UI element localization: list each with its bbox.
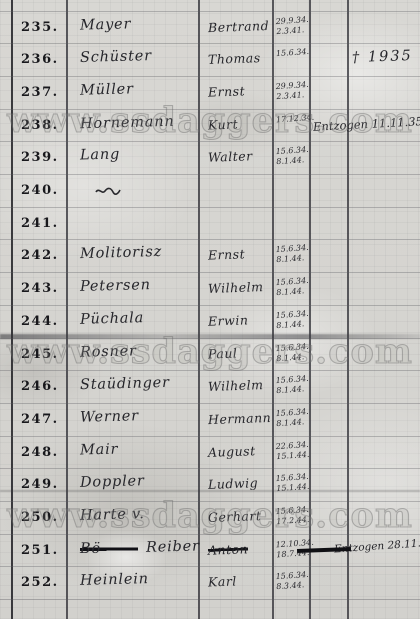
first-name: Ernst <box>208 83 246 99</box>
membership-dates: 15.6.34. 8.3.44. <box>275 570 309 592</box>
first-name: Karl <box>208 574 237 590</box>
annotation: † 1935 <box>352 48 413 66</box>
surname: Staüdinger <box>80 375 170 393</box>
first-name: Anton <box>208 541 249 557</box>
ledger-row: 239. Lang Walter 15.6.34. 8.1.44. <box>0 141 420 175</box>
membership-dates: 12.10.34. 18.7.44. <box>275 537 314 560</box>
first-name: Walter <box>208 149 253 166</box>
row-number: 237. <box>21 85 59 100</box>
surname-text: Püchala <box>80 310 144 328</box>
row-number: 247. <box>21 412 59 427</box>
ledger-row: 235. Mayer Bertrand 29.9.34. 2.3.41. <box>0 11 420 45</box>
membership-dates: 15.6.34. 8.1.44. <box>275 243 309 265</box>
surname: Molitorisz <box>80 244 162 262</box>
surname: Schüster <box>80 48 152 66</box>
date-line-2: 2.3.41. <box>276 24 310 36</box>
surname: Heinlein <box>80 571 149 589</box>
annotation: Entzogen 28.11.35 <box>334 536 420 555</box>
membership-dates: 15.6.34. 8.1.44. <box>275 407 309 429</box>
row-number: 243. <box>21 281 59 296</box>
surname-text: Doppler <box>80 473 145 491</box>
first-name: Hermann <box>208 410 272 427</box>
row-number: 248. <box>21 445 59 460</box>
ledger-row: 241. <box>0 207 420 241</box>
surname: Püchala <box>80 310 144 328</box>
date-line-2: 8.1.44. <box>276 417 310 429</box>
surname: BöReiber <box>80 538 200 557</box>
row-number: 246. <box>21 379 59 394</box>
surname-text: Lang <box>80 147 121 164</box>
row-number: 251. <box>21 543 59 558</box>
watermark: www.ssdaggers.com <box>7 100 413 141</box>
first-name: Erwin <box>208 312 249 328</box>
membership-dates: 15.6.34. 8.1.44. <box>275 309 309 331</box>
ledger-row: 240. <box>0 174 420 208</box>
membership-dates: 29.9.34. 2.3.41. <box>275 80 309 102</box>
surname-text: Mayer <box>80 16 132 33</box>
ledger-row: 248. Mair August 22.6.34. 15.1.44. <box>0 436 420 470</box>
row-number: 252. <box>21 575 59 590</box>
ledger-row: 251. BöReiber Anton 12.10.34. 18.7.44. E… <box>0 534 420 568</box>
ledger-row: 246. Staüdinger Wilhelm 15.6.34. 8.1.44. <box>0 370 420 404</box>
ledger-row: 242. Molitorisz Ernst 15.6.34. 8.1.44. <box>0 239 420 273</box>
ledger-row: 243. Petersen Wilhelm 15.6.34. 8.1.44. <box>0 272 420 306</box>
row-number: 244. <box>21 314 59 329</box>
surname-text: Staüdinger <box>80 375 170 393</box>
membership-dates: 15.6.34. 8.1.44. <box>275 145 309 167</box>
watermark: www.ssdaggers.com <box>7 331 413 372</box>
date-line-2: 8.3.44. <box>276 580 310 592</box>
surname: Petersen <box>80 277 151 295</box>
surname-text: Werner <box>80 408 139 426</box>
surname: Lang <box>80 147 121 164</box>
row-number: 235. <box>21 20 59 35</box>
membership-dates: 22.6.34. 15.1.44. <box>275 439 309 461</box>
ledger-row: 247. Werner Hermann 15.6.34. 8.1.44. <box>0 403 420 437</box>
membership-dates: 15.6.34. 8.1.44. <box>275 276 309 298</box>
row-number: 239. <box>21 150 59 165</box>
first-name: Bertrand <box>208 17 270 34</box>
scan-streak-artifact-2 <box>0 490 420 492</box>
surname: Werner <box>80 408 139 426</box>
first-name: Wilhelm <box>208 279 264 296</box>
date-line-2: 8.1.44. <box>276 155 310 167</box>
membership-dates: 15.6.34. 8.1.44. <box>275 374 309 396</box>
date-line-2: 15.1.44. <box>276 449 310 461</box>
first-name: Wilhelm <box>208 377 264 394</box>
date-line-2: 8.1.44. <box>276 286 310 298</box>
row-number: 240. <box>21 183 59 198</box>
row-number: 241. <box>21 216 59 231</box>
surname: Mayer <box>80 16 132 33</box>
surname-text: Molitorisz <box>80 244 162 262</box>
date-line-2: 8.1.44. <box>276 384 310 396</box>
date-line-2: 8.1.44. <box>276 253 310 265</box>
surname: Müller <box>80 81 134 98</box>
watermark: www.ssdaggers.com <box>7 495 413 536</box>
surname: Mair <box>80 441 119 458</box>
date-line-2: 8.1.44. <box>276 319 310 331</box>
table-bottom-rule <box>0 599 420 600</box>
row-number: 242. <box>21 248 59 263</box>
ledger-row: 252. Heinlein Karl 15.6.34. 8.3.44. <box>0 566 420 600</box>
surname-text: Reiber <box>146 538 200 555</box>
surname-text: Schüster <box>80 48 152 66</box>
first-name: Thomas <box>208 50 261 67</box>
membership-dates: 15.6.34. <box>276 47 310 59</box>
ledger-page: 235. Mayer Bertrand 29.9.34. 2.3.41. 236… <box>0 0 420 619</box>
row-number: 236. <box>21 52 59 67</box>
surname-text: Müller <box>80 81 134 98</box>
first-name: Ernst <box>208 247 246 263</box>
struck-text: Bö <box>80 540 138 557</box>
surname-text: Heinlein <box>80 571 149 589</box>
date-line-1: 15.6.34. <box>276 47 310 59</box>
surname-text: Mair <box>80 441 119 458</box>
membership-dates: 29.9.34. 2.3.41. <box>275 14 309 36</box>
scribble-mark <box>95 186 121 196</box>
date-line-2: 15.1.44. <box>276 482 310 494</box>
surname-text: Petersen <box>80 277 151 295</box>
first-name: August <box>208 443 256 460</box>
surname: Doppler <box>80 473 145 491</box>
ledger-row: 236. Schüster Thomas 15.6.34. † 1935 <box>0 43 420 77</box>
date-line-2: 18.7.44. <box>276 547 315 560</box>
